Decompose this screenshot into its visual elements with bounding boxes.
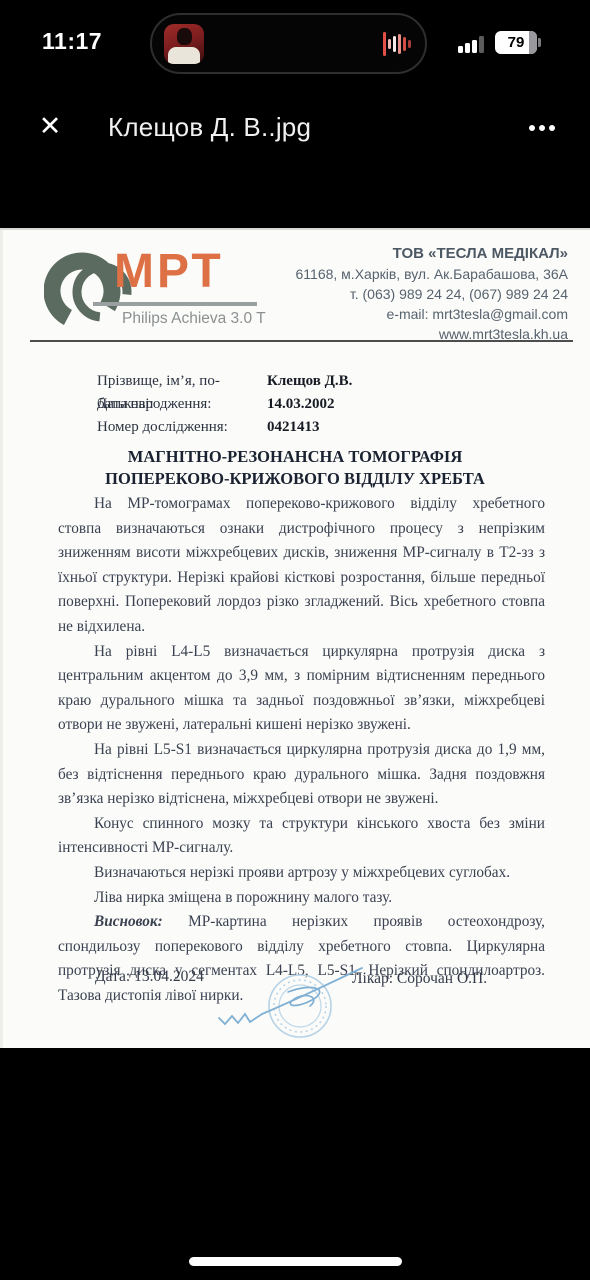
logo-text: МРТ — [114, 244, 224, 299]
report-title: МАГНІТНО-РЕЗОНАНСНА ТОМОГРАФІЯ ПОПЕРЕКОВ… — [0, 446, 590, 490]
logo-divider — [93, 302, 257, 306]
logo-subtitle: Philips Achieva 3.0 T — [122, 310, 266, 328]
doctor-name: Лікар: Сорочан О.П. — [352, 970, 487, 988]
cellular-signal-icon — [458, 36, 484, 53]
patient-name-value: Клещов Д.В. — [267, 370, 352, 393]
home-indicator[interactable] — [189, 1257, 402, 1266]
birthdate-value: 14.03.2002 — [267, 393, 335, 416]
clinic-phones: т. (063) 989 24 24, (067) 989 24 24 — [296, 284, 568, 304]
report-paragraph: Конус спинного мозку та структури кінськ… — [58, 812, 545, 861]
clinic-contact-block: ТОВ «ТЕСЛА МЕДІКАЛ» 61168, м.Харків, вул… — [296, 244, 568, 344]
close-icon[interactable]: ✕ — [28, 104, 72, 148]
report-paragraph: Визначаються нерізкі прояви артрозу у мі… — [58, 861, 545, 886]
battery-icon: 79 — [495, 31, 541, 54]
clinic-email: e-mail: mrt3tesla@gmail.com — [296, 304, 568, 324]
document-image[interactable]: МРТ Philips Achieva 3.0 T ТОВ «ТЕСЛА МЕД… — [0, 228, 590, 1048]
letterhead-divider — [30, 340, 573, 342]
conclusion-label: Висновок: — [94, 913, 163, 930]
report-paragraph: На рівні L4-L5 визначається циркулярна п… — [58, 640, 545, 738]
report-paragraph: На МР-томограмах попереково-крижового ві… — [58, 492, 545, 640]
dynamic-island[interactable] — [150, 13, 427, 74]
report-body: На МР-томограмах попереково-крижового ві… — [58, 492, 545, 1008]
birthdate-row: Дата народження: 14.03.2002 — [97, 393, 352, 416]
file-title: Клещов Д. В..jpg — [108, 90, 311, 165]
status-bar: 11:17 79 — [0, 0, 590, 90]
report-footer: Дата: 13.04.2024 Лікар: Сорочан О.П. — [0, 964, 590, 1048]
patient-info: Прізвище, ім’я, по-батькові: Клещов Д.В.… — [97, 370, 352, 439]
image-viewer-header: ✕ Клещов Д. В..jpg — [0, 90, 590, 165]
study-number-row: Номер дослідження: 0421413 — [97, 416, 352, 439]
stamp-and-signature — [200, 936, 375, 1041]
status-time: 11:17 — [42, 28, 102, 55]
study-number-value: 0421413 — [267, 416, 320, 439]
battery-percent: 79 — [508, 34, 525, 51]
report-paragraph: Ліва нирка зміщена в порожнину малого та… — [58, 886, 545, 911]
report-date: Дата: 13.04.2024 — [95, 968, 204, 986]
clinic-name: ТОВ «ТЕСЛА МЕДІКАЛ» — [296, 244, 568, 264]
clinic-address: 61168, м.Харків, вул. Ак.Барабашова, 36А — [296, 264, 568, 284]
more-options-icon[interactable] — [522, 114, 562, 142]
patient-name-row: Прізвище, ім’я, по-батькові: Клещов Д.В. — [97, 370, 352, 393]
report-paragraph: На рівні L5-S1 визначається циркулярна п… — [58, 738, 545, 812]
now-playing-album-art — [164, 24, 204, 64]
audio-waveform-icon — [383, 24, 411, 64]
